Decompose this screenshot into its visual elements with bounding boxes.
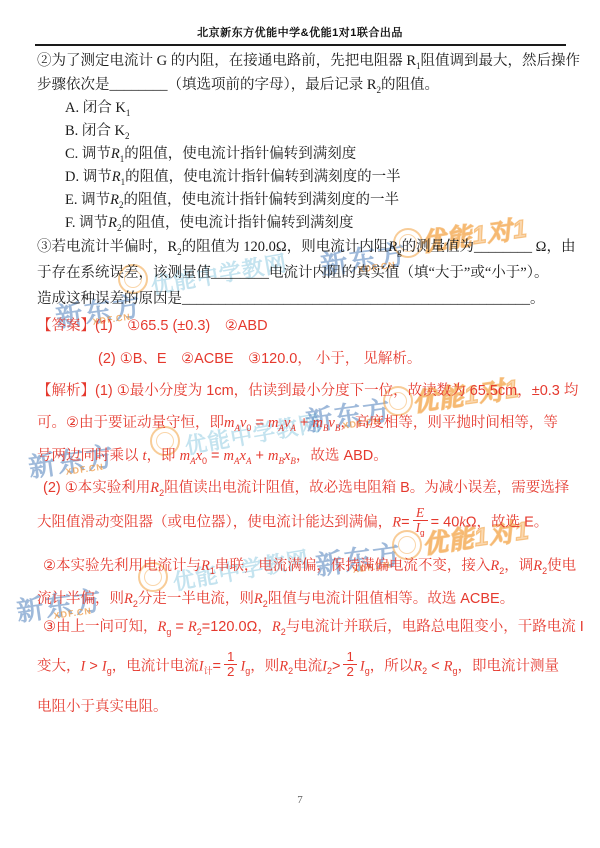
analysis-line5: 大阻值滑动变阻器（或电位器），使电流计能达到满偏，R=EIg= 40kΩ，故选 …	[37, 508, 548, 537]
question3-line3: 造成这种误差的原因是______________________________…	[37, 289, 545, 309]
answer-line1: 【答案】(1) ①65.5 (±0.3) ②ABD	[37, 316, 268, 336]
analysis-line8: ③由上一问可知，Rg = R2=120.0Ω，R2与电流计并联后，电路总电阻变小…	[43, 617, 584, 637]
option-e: E. 调节R2的阻值，使电流计指针偏转到满刻度的一半	[65, 190, 399, 210]
option-f: F. 调节R2的阻值，使电流计指针偏转到满刻度	[65, 213, 354, 233]
option-a: A. 闭合 K1	[65, 98, 130, 118]
question2-line2: 步骤依次是________（填选项前的字母），最后记录 R2的阻值。	[37, 75, 439, 95]
question2-line1: ②为了测定电流计 G 的内阻，在接通电路前，先把电阻器 R1阻值调到最大，然后操…	[37, 51, 580, 71]
header-divider	[35, 44, 566, 46]
analysis-line4: (2) ①本实验利用R2阻值读出电流计阻值，故必选电阻箱 B。为减小误差，需要选…	[43, 478, 569, 498]
option-c: C. 调节R1的阻值，使电流计指针偏转到满刻度	[65, 144, 356, 164]
answer-line2: (2) ①B、E ②ACBE ③120.0， 小于， 见解析。	[98, 349, 421, 369]
question3-line2: 于存在系统误差，该测量值________电流计内阻的真实值（填“大于”或“小于”…	[37, 263, 549, 283]
document-page: 北京新东方优能中学&优能1对1联合出品 优能中学教网新东方XDF.CN优能1对1…	[0, 0, 600, 848]
analysis-line10: 电阻小于真实电阻。	[37, 697, 168, 717]
analysis-line1: 【解析】(1) ①最小分度为 1cm，估读到最小分度下一位，故读数为 65.5c…	[37, 381, 578, 401]
page-number: 7	[0, 794, 600, 806]
analysis-line6: ②本实验先利用电流计与R1串联，电流满偏，保持满偏电流不变，接入R2，调R2使电	[43, 556, 576, 576]
analysis-line3: 号两边同时乘以 t，即 mAx0 = mAxA + mBxB，故选 ABD。	[37, 446, 388, 466]
page-header-title: 北京新东方优能中学&优能1对1联合出品	[0, 24, 600, 40]
option-d: D. 调节R1的阻值，使电流计指针偏转到满刻度的一半	[65, 167, 401, 187]
analysis-line9: 变大，I > Ig，电流计电流I计=12Ig，则R2电流I2>12Ig，所以R2…	[37, 652, 559, 681]
analysis-line2: 可。②由于要证动量守恒，即mAv0 = mAvA + mBvB，高度相等，则平抛…	[37, 413, 558, 433]
option-b: B. 闭合 K2	[65, 121, 130, 141]
analysis-line7: 流计半偏，则R2分走一半电流，则R2阻值与电流计阻值相等。故选 ACBE。	[37, 589, 514, 609]
question3-line1: ③若电流计半偏时，R2的阻值为 120.0Ω，则电流计内阻Rg的测量值为____…	[37, 237, 575, 257]
